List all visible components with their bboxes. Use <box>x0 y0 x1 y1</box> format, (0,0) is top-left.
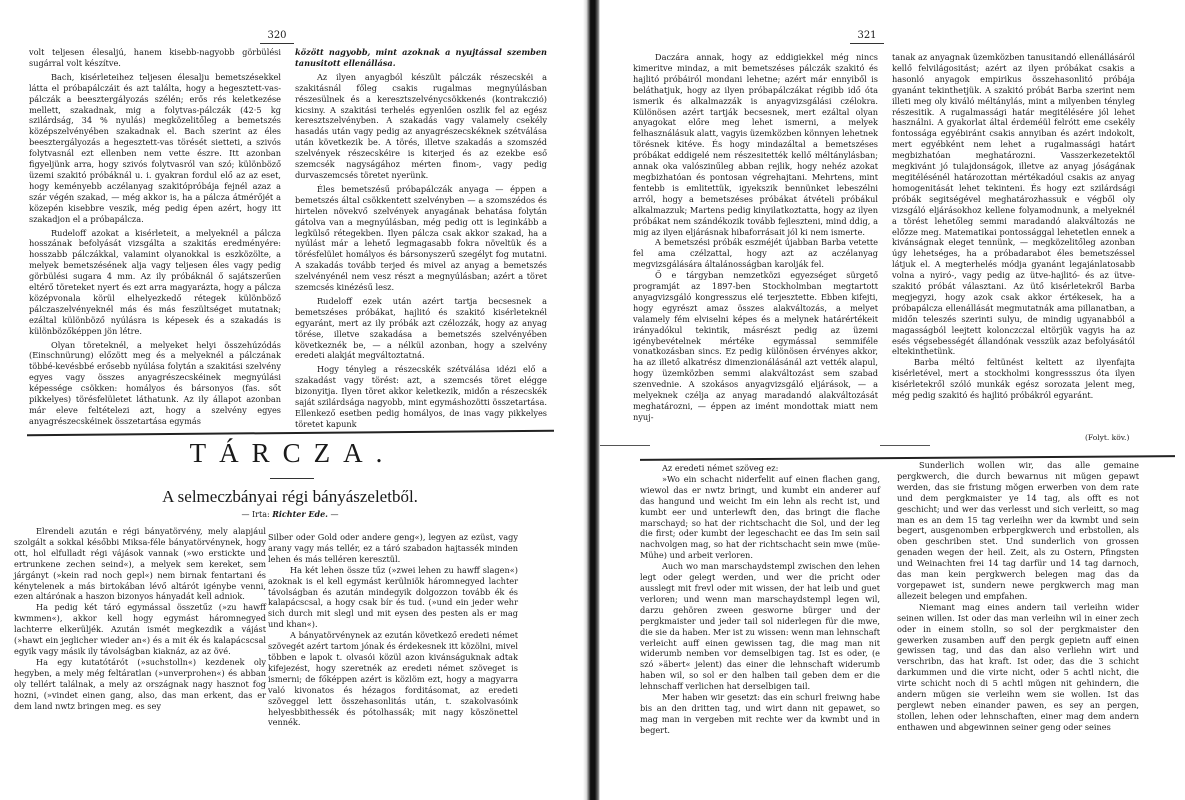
continuation-note: (Folyt. köv.) <box>1085 433 1129 442</box>
paragraph: A bányatörvénynek az ezután következő er… <box>268 630 518 728</box>
left-page: 320 volt teljesen élesaljú, hanem kisebb… <box>0 0 585 800</box>
page-number: 320 <box>247 30 307 44</box>
paragraph: Bach, kisérleteihez teljesen élesalju be… <box>29 72 281 225</box>
paragraph: Silber oder Gold oder andere geng«), leg… <box>268 532 518 565</box>
paragraph: Daczára annak, hogy az eddigiekkel még n… <box>633 52 878 237</box>
paragraph: között nagyobb, mint azoknak a nyujtássa… <box>295 47 547 69</box>
page-number: 321 <box>837 30 897 44</box>
paragraph: Rudeloff ezek után azért tartja becsesne… <box>295 296 547 361</box>
column-right-top-1: Daczára annak, hogy az eddigiekkel még n… <box>633 52 878 423</box>
paragraph: volt teljesen élesaljú, hanem kisebb-nag… <box>29 47 281 69</box>
column-right-bottom-2: Sunderlich wollen wir, das alle gemaine … <box>897 460 1139 733</box>
short-rule <box>880 445 930 446</box>
paragraph: tanak az anyagnak üzemközben tanusitandó… <box>892 52 1135 357</box>
paragraph: Mer haben wir gesetzt: das ein schurl fr… <box>640 692 880 736</box>
section-heading: TÁRCZA. <box>150 438 435 469</box>
paragraph: Auch wo man marschaydstempl zwischen den… <box>640 561 880 692</box>
byline-author: Richter Ede. <box>272 509 328 519</box>
byline-prefix: — Irta: <box>241 510 269 519</box>
column-left-bottom-1: Elrendeli azután e régi bányatörvény, me… <box>14 526 266 711</box>
column-right-bottom-1: Az eredeti német szöveg ez:»Wo ein schac… <box>640 463 880 736</box>
heading-underline <box>270 478 314 479</box>
article-title: A selmeczbányai régi bányászeletből. <box>100 487 480 507</box>
paragraph: Olyan töreteknél, a melyeket helyi össze… <box>29 340 281 427</box>
paragraph: Barba méltó feltünést keltett az ilyenfa… <box>892 357 1135 401</box>
paragraph: Rudeloff azokat a kisérleteit, a melyekn… <box>29 228 281 337</box>
byline: — Irta: Richter Ede. — <box>220 509 360 519</box>
paragraph: Az ilyen anyagból készült pálczák részec… <box>295 72 547 181</box>
paragraph: Ő e tárgyban nemzetközi egyezséget sürge… <box>633 270 878 423</box>
paragraph: Hogy tényleg a részecskék szétválása idé… <box>295 364 547 429</box>
paragraph: Elrendeli azután e régi bányatörvény, me… <box>14 526 266 602</box>
paragraph: Ha egy kutatótárót (»suchstolln«) kezden… <box>14 657 266 712</box>
book-spine <box>583 0 600 800</box>
paragraph: Niemant mag eines andern tail verleihn w… <box>897 602 1139 733</box>
right-page: 321 Daczára annak, hogy az eddigiekkel m… <box>600 0 1185 800</box>
paragraph: Éles bemetszésű próbapálczák anyaga — ép… <box>295 184 547 293</box>
column-left-top-1: volt teljesen élesaljú, hanem kisebb-nag… <box>29 47 281 427</box>
column-left-top-2: között nagyobb, mint azoknak a nyujtássa… <box>295 47 547 430</box>
paragraph: »Wo ein schacht niderfelit auf einen fla… <box>640 474 880 561</box>
paragraph: Ha pedig két táró egymással összetűz (»z… <box>14 602 266 657</box>
column-left-bottom-2: Silber oder Gold oder andere geng«), leg… <box>268 532 518 728</box>
byline-suffix: — <box>331 510 339 519</box>
paragraph: A bemetszési próbák eszméjét újabban Bar… <box>633 237 878 270</box>
section-divider <box>27 430 554 437</box>
paragraph: Az eredeti német szöveg ez: <box>640 463 880 474</box>
column-right-top-2: tanak az anyagnak üzemközben tanusitandó… <box>892 52 1135 401</box>
short-rule-left <box>600 445 650 446</box>
paragraph: Sunderlich wollen wir, das alle gemaine … <box>897 460 1139 602</box>
paragraph: Ha két lehen össze tűz (»zwei lehen zu h… <box>268 565 518 630</box>
